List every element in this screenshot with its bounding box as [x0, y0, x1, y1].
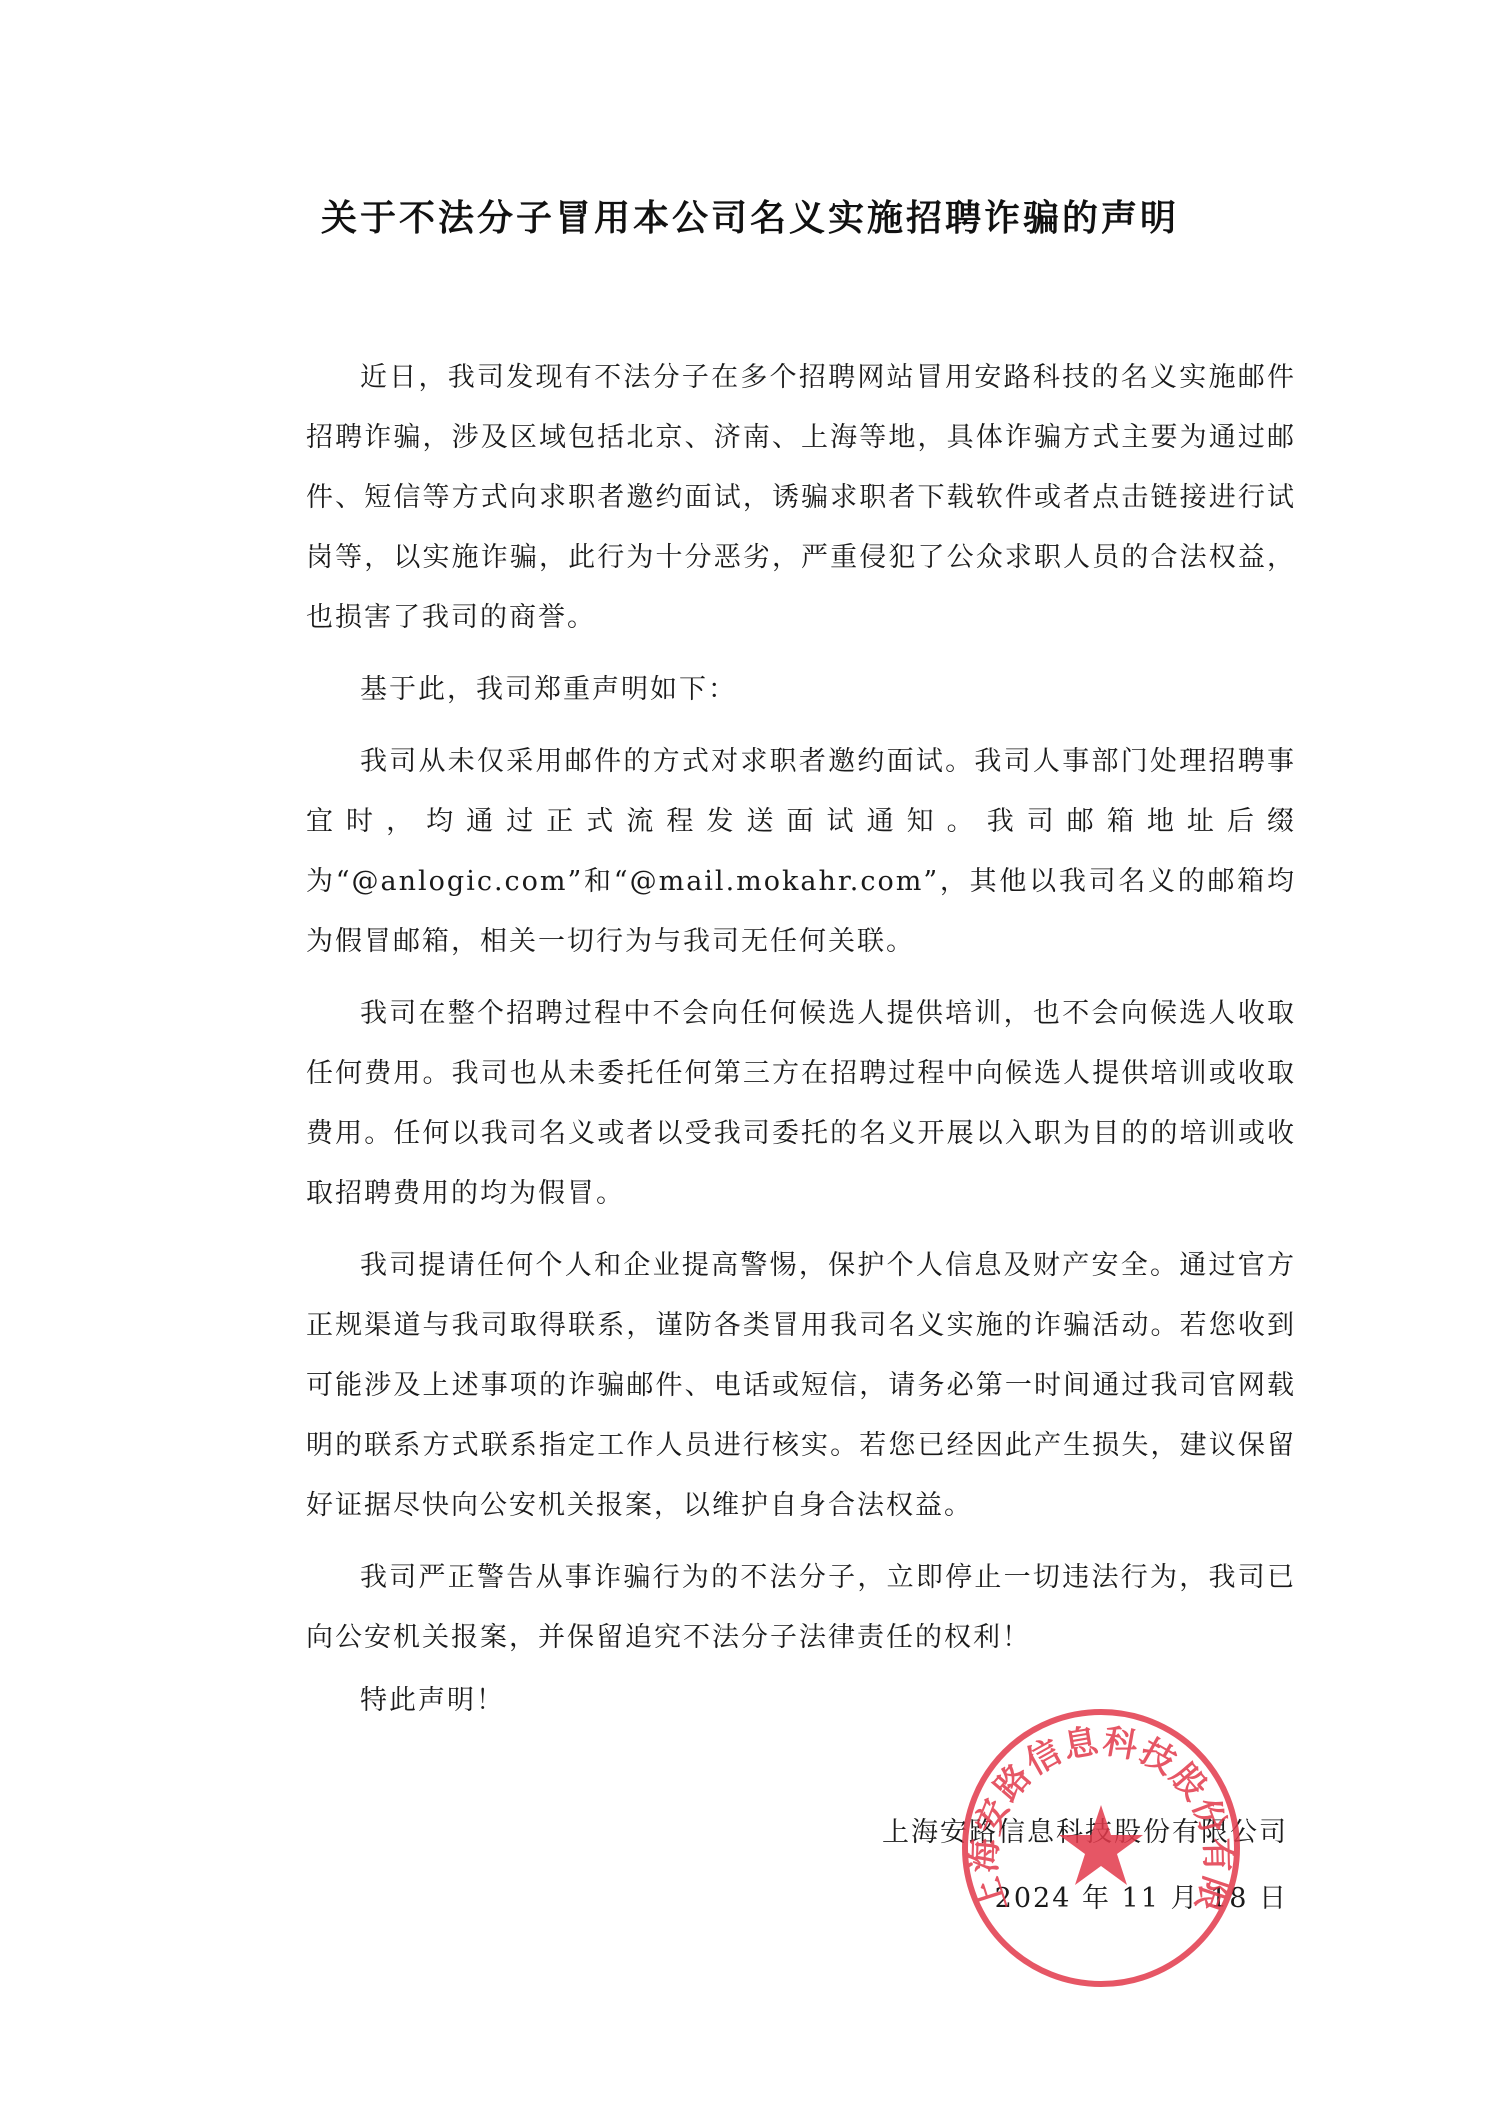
document-body: 近日，我司发现有不法分子在多个招聘网站冒用安路科技的名义实施邮件招聘诈骗，涉及区…: [306, 348, 1296, 1680]
signature-block: 上海安路信息科技股份有限公司 2024 年 11 月 18 日: [882, 1800, 1288, 1932]
document-title: 关于不法分子冒用本公司名义实施招聘诈骗的声明: [0, 190, 1500, 241]
paragraph-declaration-lead: 基于此，我司郑重声明如下：: [306, 660, 1296, 720]
signature-date: 2024 年 11 月 18 日: [882, 1866, 1288, 1932]
company-name: 上海安路信息科技股份有限公司: [882, 1800, 1288, 1866]
document-page: 关于不法分子冒用本公司名义实施招聘诈骗的声明 近日，我司发现有不法分子在多个招聘…: [0, 0, 1500, 2120]
closing-statement: 特此声明！: [306, 1678, 706, 1717]
paragraph-no-fees: 我司在整个招聘过程中不会向任何候选人提供培训，也不会向候选人收取任何费用。我司也…: [306, 984, 1296, 1224]
paragraph-vigilance: 我司提请任何个人和企业提高警惕，保护个人信息及财产安全。通过官方正规渠道与我司取…: [306, 1236, 1296, 1536]
paragraph-email-policy: 我司从未仅采用邮件的方式对求职者邀约面试。我司人事部门处理招聘事宜时，均通过正式…: [306, 732, 1296, 972]
paragraph-intro: 近日，我司发现有不法分子在多个招聘网站冒用安路科技的名义实施邮件招聘诈骗，涉及区…: [306, 348, 1296, 648]
paragraph-warning: 我司严正警告从事诈骗行为的不法分子，立即停止一切违法行为，我司已向公安机关报案，…: [306, 1548, 1296, 1668]
